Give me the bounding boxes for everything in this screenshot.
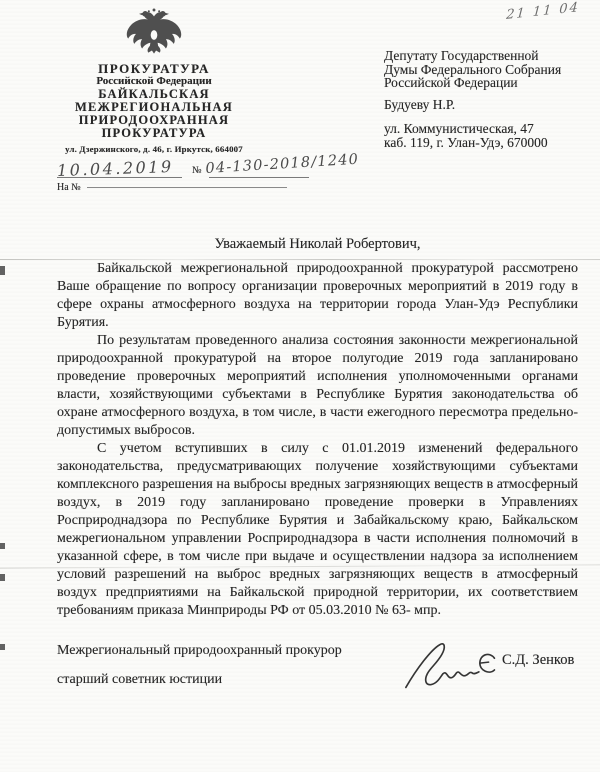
date-underline: 10.04.2019 <box>57 177 182 178</box>
signer-rank-line: старший советник юстиции <box>57 672 342 688</box>
handwritten-signature-icon <box>400 640 512 695</box>
reference-label: На № <box>57 182 81 193</box>
recipient-name: Будуеву Н.Р. <box>384 98 589 112</box>
scanned-letter-page: 21 11 04 ПРОКУРАТУРА Российской Федераци… <box>0 0 600 772</box>
body-paragraph: Байкальской межрегиональной природоохран… <box>57 260 578 332</box>
number-underline: 04-130-2018/1240 <box>209 177 309 178</box>
recipient-line: Депутату Государственной <box>384 49 589 63</box>
outgoing-date-number-line: 10.04.2019 № 04-130-2018/1240 <box>57 156 309 178</box>
reference-number-line: На № <box>57 182 309 193</box>
number-sign: № <box>192 165 202 176</box>
org-name-line: ПРИРОДООХРАННАЯ <box>40 114 268 127</box>
recipient-address-line: каб. 119, г. Улан-Удэ, 670000 <box>384 136 589 150</box>
recipient-address-line: ул. Коммунистическая, 47 <box>384 122 589 136</box>
scan-artifact <box>0 543 5 549</box>
org-name-line: МЕЖРЕГИОНАЛЬНАЯ <box>40 101 268 114</box>
handwritten-outgoing-number: 04-130-2018/1240 <box>205 152 360 177</box>
signer-name: С.Д. Зенков <box>502 652 574 669</box>
org-name-line: ПРОКУРАТУРА <box>40 127 268 140</box>
salutation: Уважаемый Николай Робертович, <box>57 236 578 253</box>
scan-artifact <box>0 644 5 650</box>
org-name-line: Российской Федерации <box>40 75 268 88</box>
org-name-line: БАЙКАЛЬСКАЯ <box>40 88 268 101</box>
recipient-line: Думы Федерального Собрания <box>384 63 589 77</box>
body-paragraph: С учетом вступивших в силу с 01.01.2019 … <box>57 440 578 620</box>
org-name-line: ПРОКУРАТУРА <box>40 62 268 75</box>
recipient-line: Российской Федерации <box>384 76 589 90</box>
scan-artifact <box>0 574 5 581</box>
signer-position-line: Межрегиональный природоохранный прокурор <box>57 643 342 659</box>
handwritten-outgoing-date: 10.04.2019 <box>57 157 174 180</box>
org-address: ул. Дзержинского, д. 46, г. Иркутск, 664… <box>40 144 268 154</box>
coat-of-arms-double-headed-eagle-icon <box>123 8 185 60</box>
signature-block: Межрегиональный природоохранный прокурор… <box>57 643 342 688</box>
scan-artifact <box>0 266 5 275</box>
recipient-block: Депутату Государственной Думы Федерально… <box>384 49 589 149</box>
scan-fold-line <box>0 259 600 260</box>
reference-underline <box>87 186 287 188</box>
body-paragraph: По результатам проведенного анализа сост… <box>57 332 578 440</box>
letterhead: ПРОКУРАТУРА Российской Федерации БАЙКАЛЬ… <box>40 8 268 154</box>
handwritten-corner-note: 21 11 04 <box>506 0 581 23</box>
